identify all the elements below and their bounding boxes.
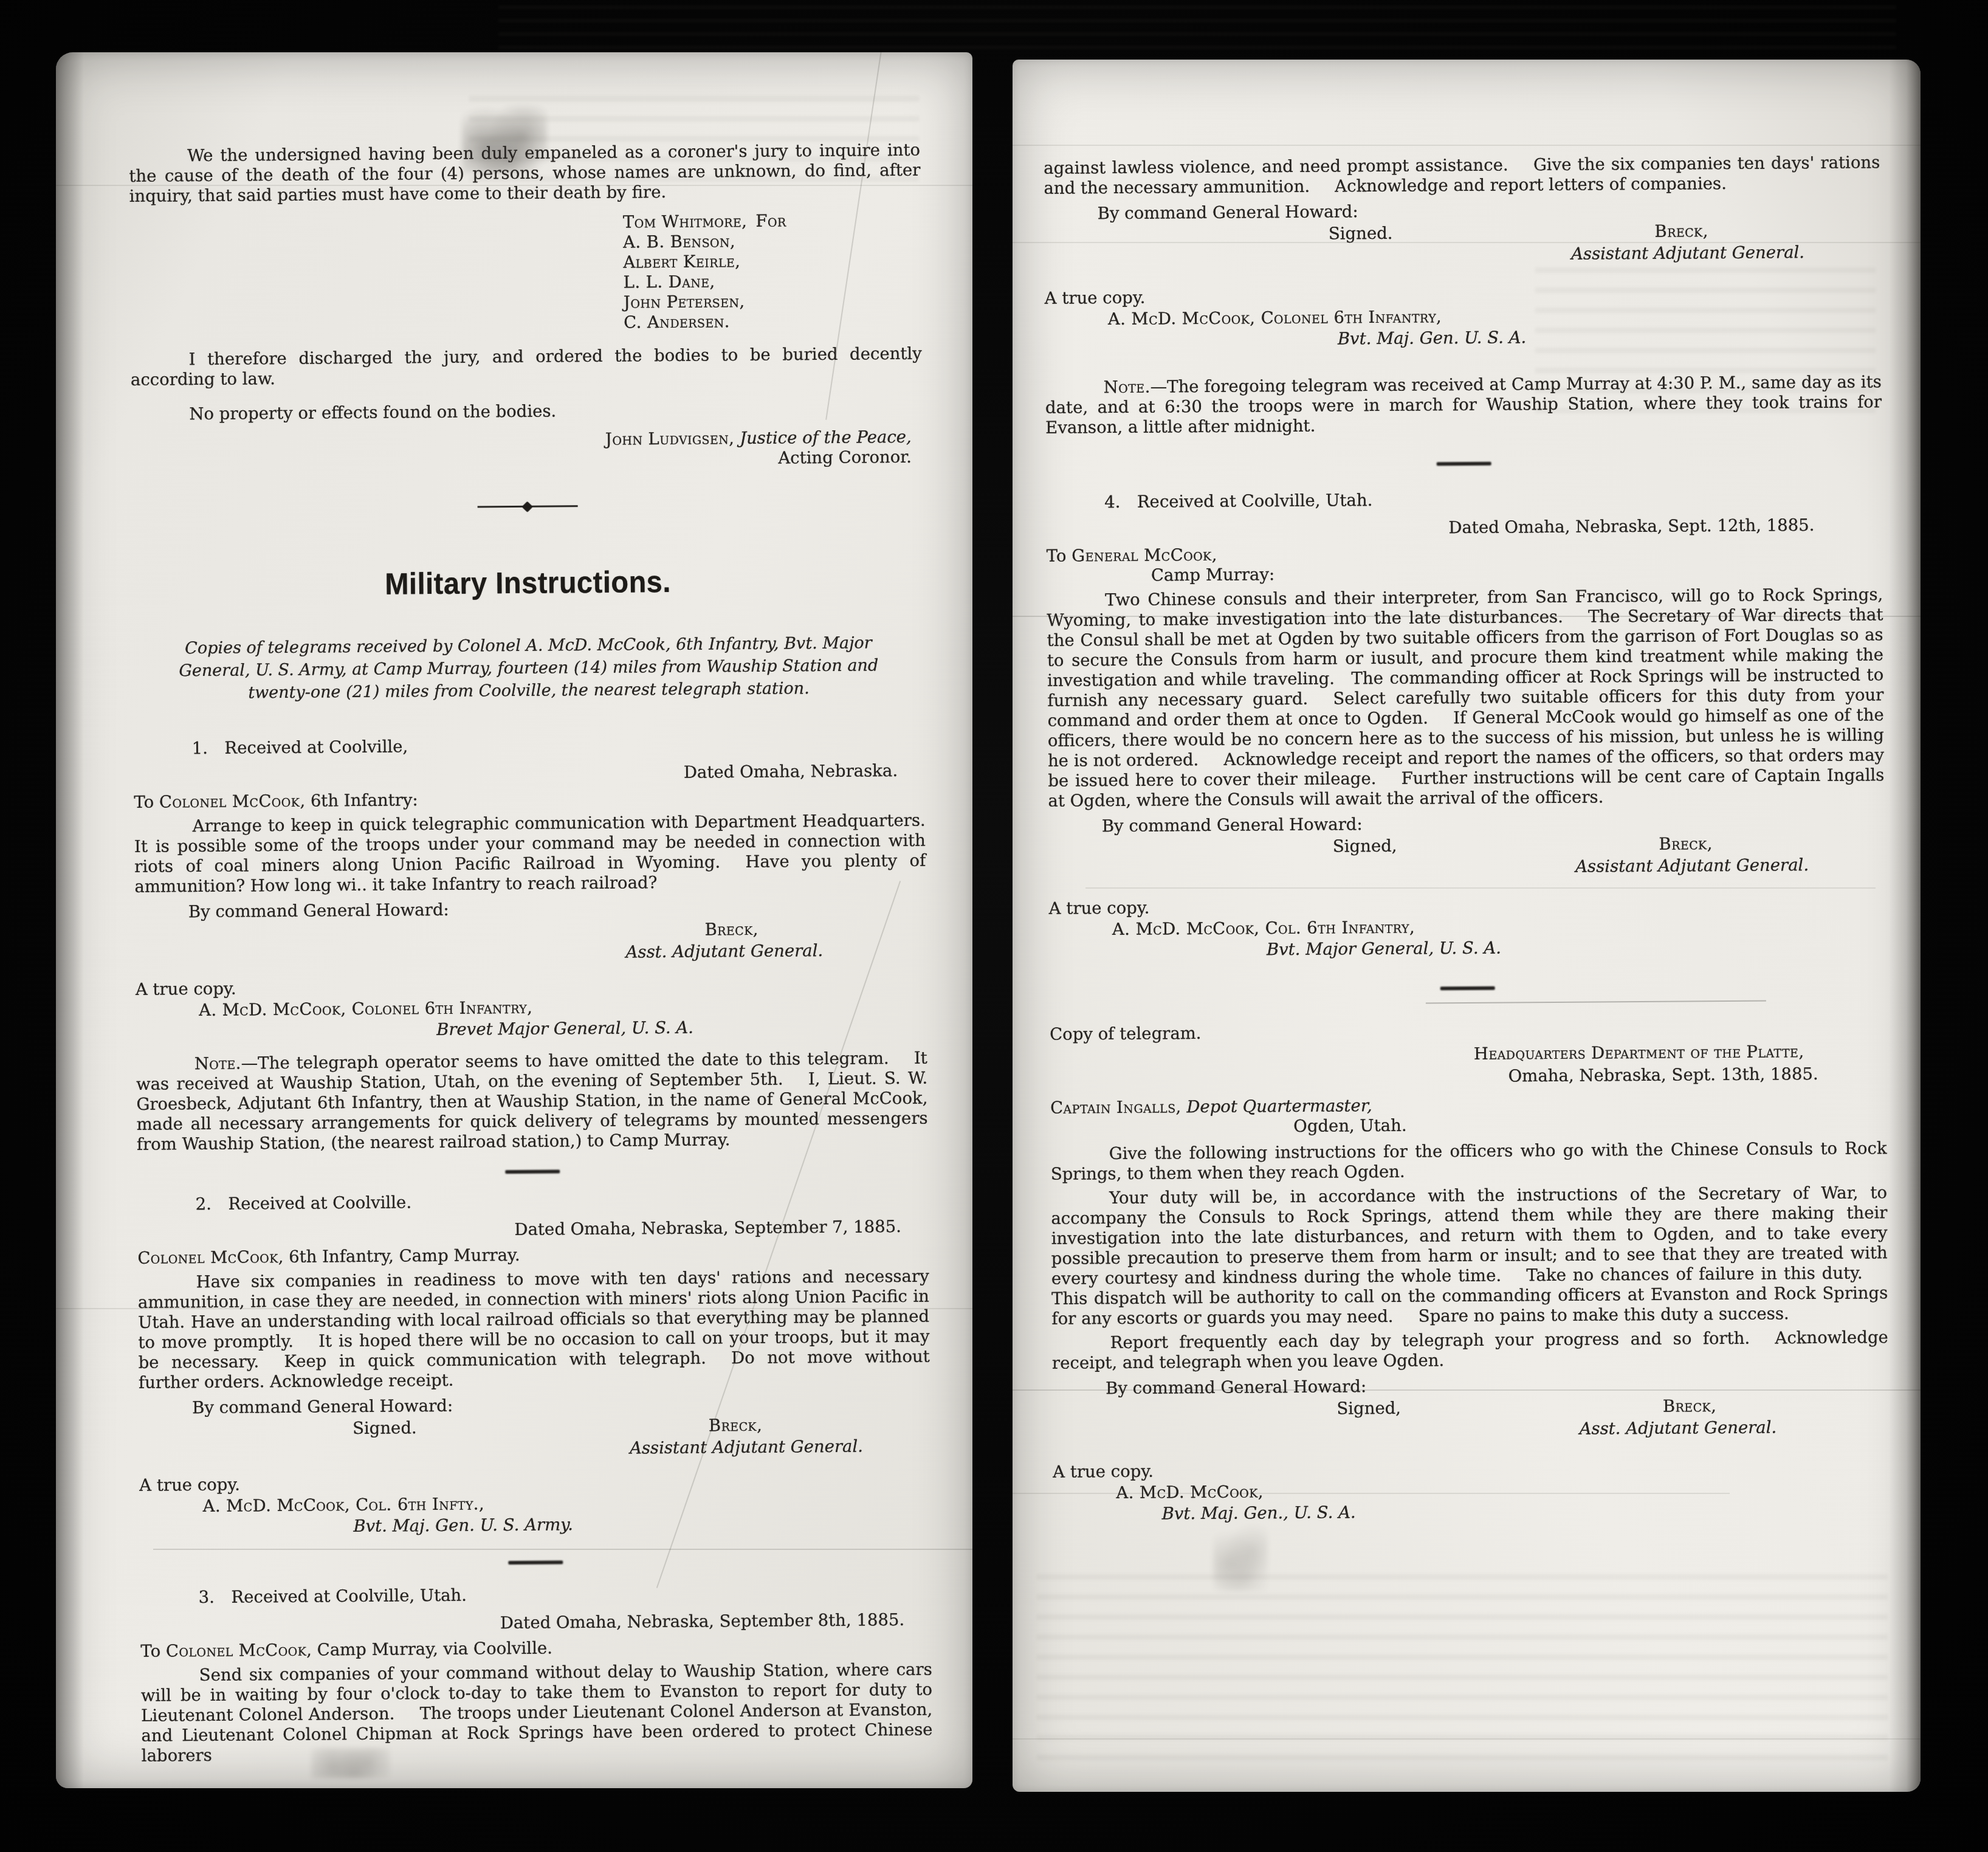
- note-body: —The telegraph operator seems to have om…: [136, 1048, 933, 1154]
- addressee-name: General McCook: [1071, 545, 1212, 566]
- certifier-rank: Bvt. Maj. Gen. U. S. A.: [1338, 325, 1882, 349]
- note-label: Note.: [1104, 377, 1150, 398]
- hq-paragraph-3: Report frequently each day by telegraph …: [1052, 1327, 1888, 1374]
- scratch-rule: [1426, 1000, 1766, 1004]
- certifier-rank: Bvt. Major General, U. S. A.: [1267, 935, 1885, 960]
- jury-names-list: Tom Whitmore, For A. B. Benson, Albert K…: [623, 210, 922, 333]
- by-command-line: By command General Howard:: [1052, 1373, 1888, 1399]
- certifier-name-text: A. McD. McCook, Col. 6th Infty.,: [202, 1494, 484, 1516]
- jury-name: Albert Keirle,: [623, 250, 921, 273]
- discharge-paragraph: I therefore discharged the jury, and ord…: [131, 344, 922, 390]
- certifier-name-text: A. McD. McCook, Colonel 6th Infantry,: [199, 998, 532, 1020]
- coroner-name: John Ludvigsen,: [605, 429, 735, 449]
- background-bleed-through: [498, 0, 1896, 52]
- divider-ornament: [477, 505, 577, 508]
- signature-title: Assistant Adjutant General.: [1575, 855, 1885, 877]
- jury-name: A. B. Benson,: [623, 230, 921, 253]
- divider-rule: [508, 1560, 563, 1565]
- signature-name: Breck,: [1654, 221, 1708, 242]
- telegram-3-addressee: To Colonel McCook, Camp Murray, via Cool…: [140, 1636, 932, 1662]
- signature-title: Assistant Adjutant General.: [1571, 242, 1880, 264]
- telegram-2-head: 2. Received at Coolville.: [137, 1189, 929, 1215]
- addressee-suffix: ,: [1212, 545, 1217, 565]
- property-paragraph: No property or effects found on the bodi…: [131, 399, 922, 425]
- by-command-line: By command General Howard:: [1048, 811, 1885, 837]
- certifier-rank: Brevet Major General, U. S. A.: [436, 1016, 927, 1040]
- addressee-name: Colonel McCook: [166, 1640, 307, 1661]
- telegram-3-body: Send six companies of your command witho…: [141, 1660, 933, 1766]
- divider-rule: [1437, 462, 1491, 466]
- telegram-1-addressee: To Colonel McCook, 6th Infantry:: [134, 787, 925, 813]
- addressee-suffix: , 6th Infantry:: [300, 790, 418, 811]
- jury-name: John Petersen,: [624, 291, 921, 313]
- jury-name: C. Andersen.: [624, 311, 921, 333]
- signed-label: Signed,: [1333, 836, 1397, 857]
- addressee-name: Captain Ingalls,: [1050, 1097, 1181, 1118]
- signature-name: Breck,: [709, 1416, 763, 1436]
- signed-label: Signed.: [1329, 224, 1393, 244]
- signature-name: Breck,: [1663, 1396, 1716, 1417]
- right-page-content: against lawless violence, and need promp…: [1013, 60, 1921, 1792]
- hq-dateline: Omaha, Nebraska, Sept. 13th, 1885.: [1050, 1064, 1887, 1090]
- telegram-4-head: 4. Received at Coolville, Utah.: [1046, 487, 1882, 513]
- hq-heading: Headquarters Department of the Platte,: [1050, 1041, 1886, 1067]
- addressee-prefix: To: [1047, 546, 1072, 566]
- addressee-prefix: To: [140, 1642, 166, 1661]
- addressee-suffix: , 6th Infantry, Camp Murray.: [278, 1245, 520, 1267]
- telegram-3-dateline: Dated Omaha, Nebraska, September 8th, 18…: [140, 1610, 932, 1636]
- certifier-rank: Bvt. Maj. Gen. U. S. Army.: [353, 1512, 931, 1537]
- signature-name: Breck,: [1659, 834, 1712, 855]
- hq-paragraph-1: Give the following instructions for the …: [1050, 1138, 1887, 1185]
- left-page: We the undersigned having been duly empa…: [56, 52, 972, 1788]
- diamond-glyph: [521, 501, 532, 512]
- signature-name: Breck,: [704, 920, 758, 940]
- right-page: against lawless violence, and need promp…: [1013, 60, 1921, 1792]
- telegram-3-note: Note.—The foregoing telegram was receive…: [1045, 372, 1882, 438]
- addressee-name: Colonel McCook: [159, 791, 300, 812]
- telegram-2-body: Have six companies in readiness to move …: [138, 1267, 930, 1393]
- telegram-2-addressee: Colonel McCook, 6th Infantry, Camp Murra…: [137, 1242, 929, 1269]
- telegram-1-note: Note.—The telegraph operator seems to ha…: [136, 1048, 928, 1155]
- telegram-1-dateline: Dated Omaha, Nebraska.: [134, 761, 925, 787]
- jury-verdict-paragraph: We the undersigned having been duly empa…: [129, 140, 921, 207]
- certifier-name-text: A. McD. McCook, Colonel 6th Infantry,: [1108, 307, 1442, 329]
- signed-label: Signed.: [353, 1418, 417, 1439]
- telegram-3-head: 3. Received at Coolville, Utah.: [140, 1582, 932, 1608]
- note-label: Note.: [194, 1054, 241, 1074]
- telegram-4-dateline: Dated Omaha, Nebraska, Sept. 12th, 1885.: [1046, 515, 1882, 541]
- scanned-document-spread: We the undersigned having been duly empa…: [0, 0, 1988, 1852]
- divider-rule: [1440, 986, 1495, 991]
- signature-title: Assistant Adjutant General.: [630, 1436, 930, 1459]
- telegram-3-continuation: against lawless violence, and need promp…: [1044, 153, 1880, 199]
- telegram-4-body: Two Chinese consuls and their interprete…: [1047, 585, 1885, 811]
- addressee-name: Colonel McCook: [137, 1247, 278, 1268]
- hq-paragraph-2: Your duty will be, in accordance with th…: [1051, 1183, 1888, 1329]
- certifier-name-text: A. McD. McCook,: [1116, 1482, 1264, 1503]
- telegram-2-dateline: Dated Omaha, Nebraska, September 7, 1885…: [137, 1217, 929, 1243]
- signature-title: Asst. Adjutant General.: [626, 940, 927, 963]
- telegram-1-head: 1. Received at Coolville,: [134, 733, 925, 759]
- certifier-rank: Bvt. Maj. Gen., U. S. A.: [1162, 1499, 1890, 1524]
- addressee-suffix: , Camp Murray, via Coolville.: [306, 1639, 552, 1660]
- copy-of-telegram-label: Copy of telegram.: [1050, 1019, 1886, 1045]
- jury-name: L. L. Dane,: [624, 270, 921, 293]
- addressee-title: Depot Quartermaster,: [1181, 1096, 1372, 1117]
- signature-title: Asst. Adjutant General.: [1580, 1417, 1889, 1439]
- telegrams-preamble: Copies of telegrams received by Colonel …: [164, 632, 893, 704]
- signed-label: Signed,: [1336, 1399, 1401, 1419]
- coroner-signature: John Ludvigsen, Justice of the Peace, Ac…: [131, 427, 923, 473]
- certifier-name-text: A. McD. McCook, Col. 6th Infantry,: [1112, 918, 1415, 939]
- addressee-prefix: To: [134, 793, 159, 812]
- section-heading: Military Instructions.: [132, 562, 923, 604]
- jury-name: Tom Whitmore, For: [623, 210, 921, 233]
- note-body: —The foregoing telegram was received at …: [1045, 372, 1887, 438]
- left-page-content: We the undersigned having been duly empa…: [56, 52, 972, 1788]
- by-command-line: By command General Howard:: [1044, 198, 1880, 224]
- coroner-title: Justice of the Peace,: [734, 427, 912, 448]
- telegram-1-body: Arrange to keep in quick telegraphic com…: [134, 811, 926, 897]
- divider-rule: [505, 1169, 560, 1174]
